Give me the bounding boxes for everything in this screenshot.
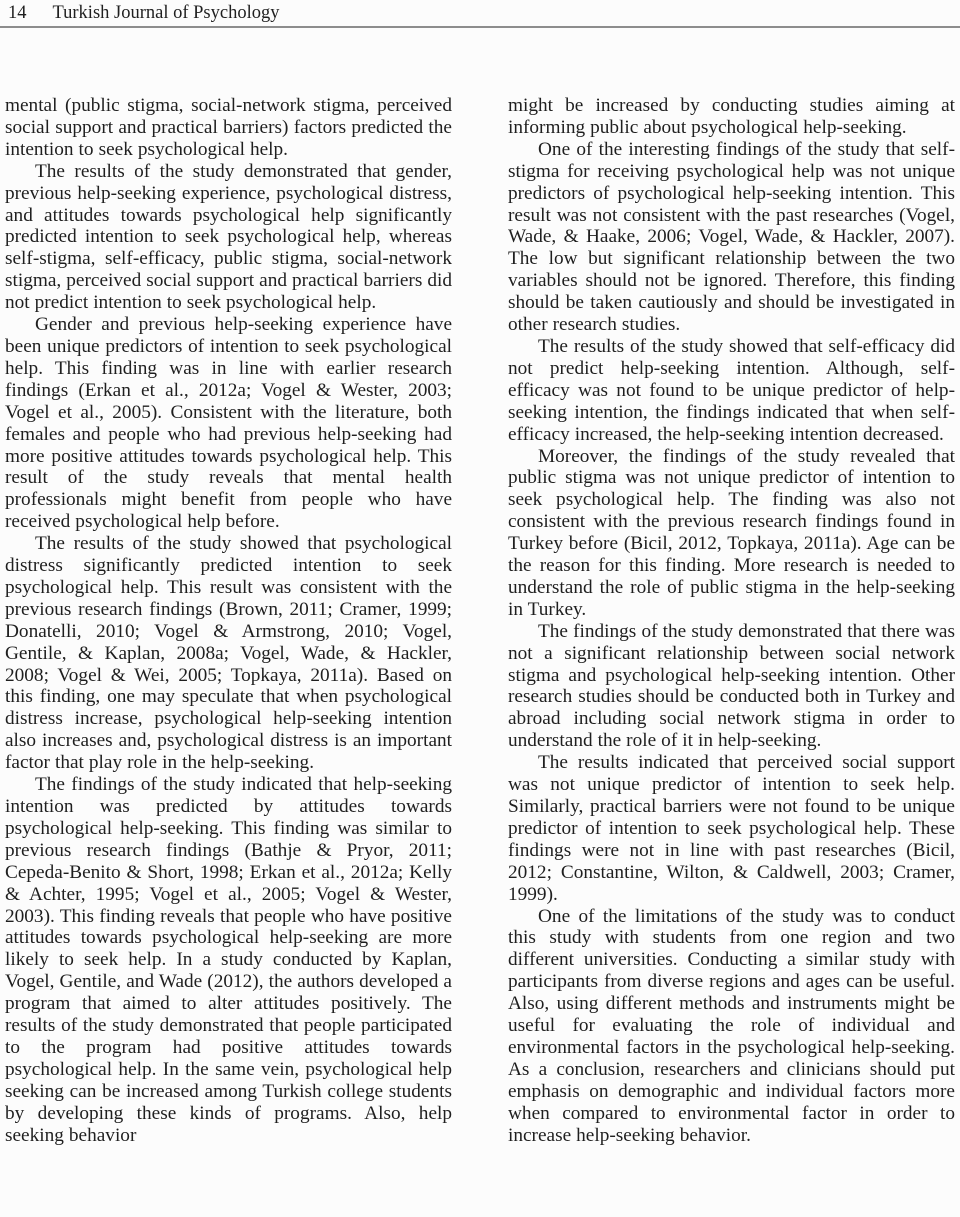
paragraph: The results of the study showed that sel… bbox=[508, 336, 955, 446]
running-header: 14Turkish Journal of Psychology bbox=[8, 2, 952, 24]
paragraph: might be increased by conducting studies… bbox=[508, 95, 955, 139]
left-column: mental (public stigma, social-network st… bbox=[5, 95, 452, 1147]
paragraph: One of the limitations of the study was … bbox=[508, 906, 955, 1147]
paragraph: The results of the study showed that psy… bbox=[5, 533, 452, 774]
page-number: 14 bbox=[8, 2, 27, 24]
paragraph: One of the interesting findings of the s… bbox=[508, 139, 955, 336]
paragraph: mental (public stigma, social-network st… bbox=[5, 95, 452, 161]
paragraph: The findings of the study indicated that… bbox=[5, 774, 452, 1146]
paragraph: Moreover, the findings of the study reve… bbox=[508, 446, 955, 621]
paragraph: The findings of the study demonstrated t… bbox=[508, 621, 955, 752]
journal-title: Turkish Journal of Psychology bbox=[53, 2, 280, 24]
paragraph: The results indicated that perceived soc… bbox=[508, 752, 955, 905]
article-body: mental (public stigma, social-network st… bbox=[5, 95, 955, 1147]
journal-page: 14Turkish Journal of Psychology mental (… bbox=[0, 0, 960, 1217]
header-rule-divider bbox=[0, 26, 960, 28]
paragraph: Gender and previous help-seeking experie… bbox=[5, 314, 452, 533]
paragraph: The results of the study demonstrated th… bbox=[5, 161, 452, 314]
right-column: might be increased by conducting studies… bbox=[508, 95, 955, 1147]
